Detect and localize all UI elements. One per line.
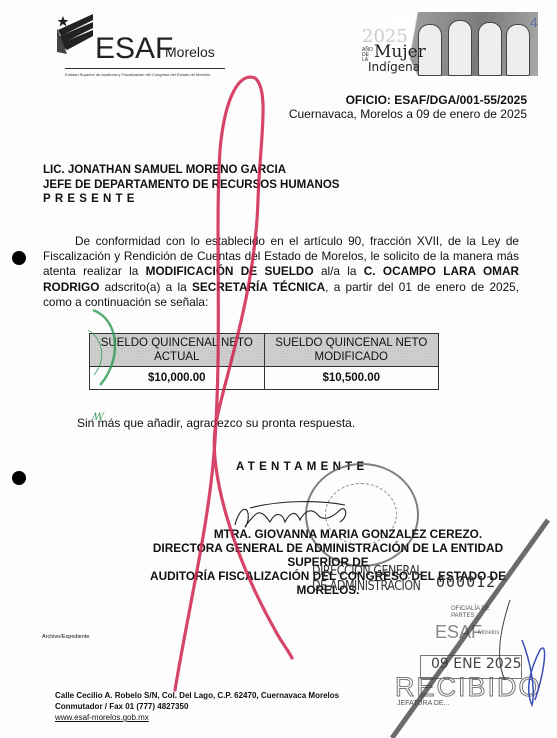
direction-stamp: DIRECCIÓN GENERAL DE ADMINISTRACIÓN (312, 564, 422, 594)
current-salary-value: $10,000.00 (90, 367, 265, 390)
year-banner: 2025 AÑO DE LA Mujer Indígena 4 (360, 12, 540, 76)
received-stamp: OFICIALÍA DE PARTES ESAF Morelos 09 ENE … (405, 600, 535, 720)
body-text: adscrito(a) a la (99, 280, 192, 294)
woman-figure (448, 20, 472, 76)
department-name: SECRETARÍA TÉCNICA (192, 280, 325, 294)
table-row: $10,000.00 $10,500.00 (90, 367, 439, 390)
esaf-logo: ESAF Morelos Entidad Superior de Auditor… (55, 10, 225, 80)
place-date: Cuernavaca, Morelos a 09 de enero de 202… (289, 107, 527, 121)
table-header-row: SUELDO QUINCENAL NETO ACTUAL SUELDO QUIN… (90, 334, 439, 367)
oficio-number: OFICIO: ESAF/DGA/001-55/2025 (346, 93, 527, 107)
logo-region: Morelos (165, 44, 215, 60)
footer: Calle Cecilio A. Robelo S/N, Col. Del La… (55, 690, 339, 723)
received-office: OFICIALÍA DE PARTES (451, 606, 501, 620)
footer-phone: Conmutador / Fax 01 (777) 4827350 (55, 701, 339, 712)
banner-title: Mujer (374, 42, 426, 62)
direction-stamp-line2: DE ADMINISTRACIÓN (312, 579, 422, 594)
logo-divider (65, 68, 225, 69)
received-region: Morelos (478, 630, 499, 636)
binder-hole-bottom (12, 471, 26, 485)
archive-note: Archivo/Expediente (42, 634, 89, 640)
body-paragraph: De conformidad con lo establecido en el … (43, 234, 519, 310)
footer-website-link[interactable]: www.esaf-morelos.gob.mx (55, 712, 339, 723)
recipient-greeting: PRESENTE (43, 192, 339, 207)
corner-number: 4 (530, 14, 538, 30)
received-label: RECIBIDO (395, 672, 542, 703)
recipient-name: LIC. JONATHAN SAMUEL MORENO GARCIA (43, 163, 339, 178)
modified-salary-value: $10,500.00 (264, 367, 439, 390)
folio-number: 000012 (436, 573, 496, 591)
header-current-salary: SUELDO QUINCENAL NETO ACTUAL (90, 334, 265, 367)
logo-subtitle: Entidad Superior de Auditoría y Fiscaliz… (65, 72, 210, 77)
received-brand: ESAF (435, 622, 482, 643)
woman-figure (506, 24, 530, 76)
received-dept: JEFATURA DE... (397, 700, 449, 707)
banner-subtitle: Indígena (368, 60, 420, 74)
esaf-wing-star-icon (55, 10, 95, 56)
footer-address: Calle Cecilio A. Robelo S/N, Col. Del La… (55, 690, 339, 701)
recipient-block: LIC. JONATHAN SAMUEL MORENO GARCIA JEFE … (43, 163, 339, 207)
header-modified-salary: SUELDO QUINCENAL NETO MODIFICADO (264, 334, 439, 367)
binder-hole-top (12, 251, 26, 265)
woman-figure (478, 22, 502, 76)
recipient-position: JEFE DE DEPARTAMENTO DE RECURSOS HUMANOS (43, 178, 339, 193)
closing-sentence: Sin más que añadir, agradezco su pronta … (77, 416, 355, 430)
request-type: MODIFICACIÓN DE SUELDO (146, 264, 314, 278)
signatory-name: MTRA. GIOVANNA MARIA GONZALEZ CEREZO. (133, 527, 523, 541)
direction-stamp-line1: DIRECCIÓN GENERAL (312, 564, 422, 579)
salary-table: SUELDO QUINCENAL NETO ACTUAL SUELDO QUIN… (89, 333, 439, 390)
logo-brand: ESAF (95, 34, 173, 64)
body-text: al/a la (314, 264, 364, 278)
received-date: 09 ENE 2025 (431, 656, 522, 672)
